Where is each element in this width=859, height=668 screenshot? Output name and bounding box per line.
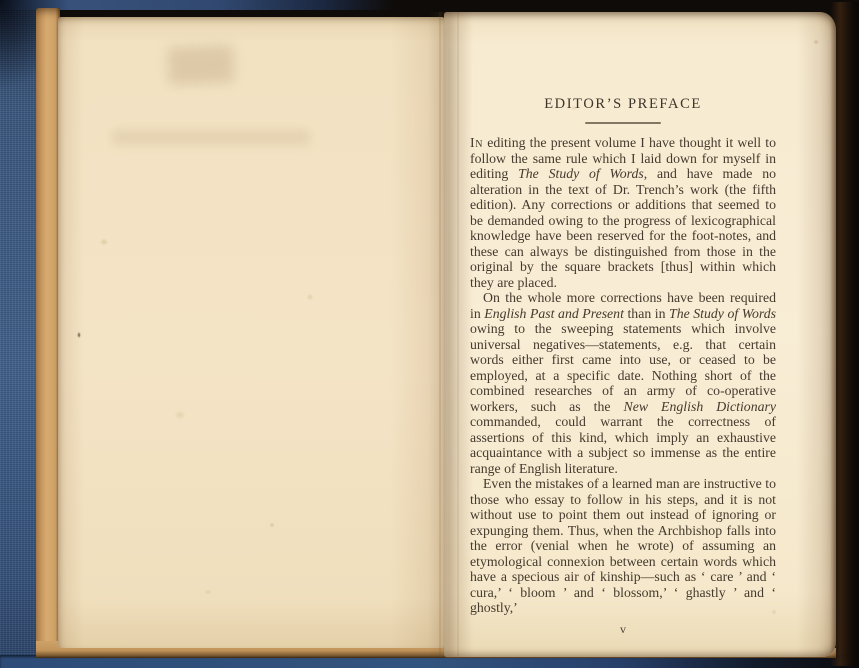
text-run: The Study of Words xyxy=(669,306,776,321)
book-cover-left-edge xyxy=(0,0,37,668)
text-run: , and have made no alteration in the tex… xyxy=(470,166,776,290)
text-run: Even the mistakes of a learned man are i… xyxy=(470,476,776,615)
preface-paragraph: On the whole more corrections have been … xyxy=(470,290,776,476)
book-photo: EDITOR’S PREFACE In editing the present … xyxy=(0,0,859,668)
text-run: than in xyxy=(624,306,669,321)
preface-paragraph: Even the mistakes of a learned man are i… xyxy=(470,476,776,616)
text-run: New English Dictionary xyxy=(624,399,776,414)
blank-verso-page xyxy=(58,17,444,648)
text-run: English Past and Present xyxy=(484,306,624,321)
preface-body: In editing the present volume I have tho… xyxy=(470,135,776,616)
preface-text-block: EDITOR’S PREFACE In editing the present … xyxy=(470,96,776,637)
book-gutter xyxy=(428,12,472,657)
heading-rule xyxy=(585,122,661,124)
text-run: In xyxy=(470,135,483,150)
text-run: The Study of Words xyxy=(518,166,644,181)
preface-paragraph: In editing the present volume I have tho… xyxy=(470,135,776,290)
show-through-smudge xyxy=(112,130,310,145)
page-number: v xyxy=(470,622,776,637)
text-run: commanded, could warrant the correctness… xyxy=(470,414,776,476)
preface-heading: EDITOR’S PREFACE xyxy=(470,96,776,113)
show-through-smudge xyxy=(167,45,234,85)
page-stack-fore-edge xyxy=(36,8,60,658)
right-edge-shadow xyxy=(830,2,859,666)
